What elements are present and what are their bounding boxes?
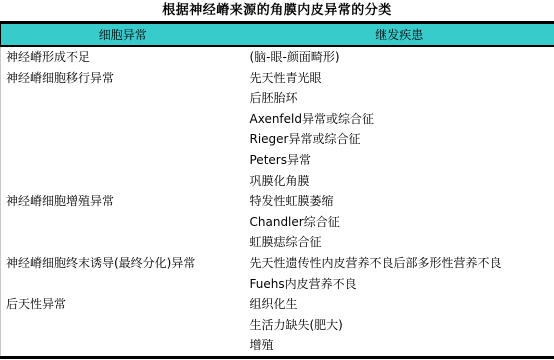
table-row: 神经嵴细胞增殖异常特发性虹膜萎缩	[1, 191, 554, 212]
cell-abnormality	[1, 88, 245, 109]
table-title: 根据神经嵴来源的角膜内皮异常的分类	[0, 0, 554, 21]
cell-secondary-disease: 巩膜化角膜	[245, 171, 554, 192]
cell-abnormality	[1, 171, 245, 192]
cell-secondary-disease: 先天性遗传性内皮营养不良后部多形性营养不良	[245, 253, 554, 274]
cell-abnormality: 神经嵴形成不足	[1, 46, 245, 68]
column-header-secondary-disease: 继发疾患	[245, 23, 554, 47]
cell-secondary-disease: 虹膜痣综合征	[245, 232, 554, 253]
classification-table: 细胞异常 继发疾患 神经嵴形成不足(脑-眼-颜面畸形)神经嵴细胞移行异常先天性青…	[0, 21, 554, 359]
table-row: 生活力缺失(肥大)	[1, 315, 554, 336]
cell-abnormality	[1, 129, 245, 150]
table-row: 虹膜痣综合征	[1, 232, 554, 253]
table-header: 细胞异常 继发疾患	[1, 23, 554, 47]
cell-abnormality	[1, 212, 245, 233]
cell-abnormality	[1, 274, 245, 295]
table-row: 巩膜化角膜	[1, 171, 554, 192]
cell-abnormality: 神经嵴细胞终末诱导(最终分化)异常	[1, 253, 245, 274]
header-row: 细胞异常 继发疾患	[1, 23, 554, 47]
cell-abnormality: 神经嵴细胞移行异常	[1, 68, 245, 89]
table-row: Rieger异常或综合征	[1, 129, 554, 150]
cell-secondary-disease: (脑-眼-颜面畸形)	[245, 46, 554, 68]
table-row: Fuehs内皮营养不良	[1, 274, 554, 295]
column-header-cell-abnormality: 细胞异常	[1, 23, 245, 47]
cell-secondary-disease: 生活力缺失(肥大)	[245, 315, 554, 336]
cell-secondary-disease: 后胚胎环	[245, 88, 554, 109]
cell-abnormality	[1, 335, 245, 357]
table-row: Axenfeld异常或综合征	[1, 109, 554, 130]
cell-secondary-disease: Peters异常	[245, 150, 554, 171]
table-row: 增殖	[1, 335, 554, 357]
table-row: 神经嵴细胞终末诱导(最终分化)异常先天性遗传性内皮营养不良后部多形性营养不良	[1, 253, 554, 274]
table-row: Peters异常	[1, 150, 554, 171]
cell-secondary-disease: Chandler综合征	[245, 212, 554, 233]
cell-abnormality: 后天性异常	[1, 294, 245, 315]
table-row: 神经嵴形成不足(脑-眼-颜面畸形)	[1, 46, 554, 68]
cell-abnormality	[1, 315, 245, 336]
cell-abnormality: 神经嵴细胞增殖异常	[1, 191, 245, 212]
table-row: 后天性异常组织化生	[1, 294, 554, 315]
table-row: Chandler综合征	[1, 212, 554, 233]
cell-abnormality	[1, 232, 245, 253]
table-row: 神经嵴细胞移行异常先天性青光眼	[1, 68, 554, 89]
table-page: 根据神经嵴来源的角膜内皮异常的分类 细胞异常 继发疾患 神经嵴形成不足(脑-眼-…	[0, 0, 554, 360]
cell-secondary-disease: Fuehs内皮营养不良	[245, 274, 554, 295]
cell-abnormality	[1, 150, 245, 171]
cell-abnormality	[1, 109, 245, 130]
table-row: 后胚胎环	[1, 88, 554, 109]
cell-secondary-disease: 组织化生	[245, 294, 554, 315]
cell-secondary-disease: 特发性虹膜萎缩	[245, 191, 554, 212]
cell-secondary-disease: 先天性青光眼	[245, 68, 554, 89]
cell-secondary-disease: Axenfeld异常或综合征	[245, 109, 554, 130]
table-body: 神经嵴形成不足(脑-眼-颜面畸形)神经嵴细胞移行异常先天性青光眼后胚胎环Axen…	[1, 46, 554, 357]
cell-secondary-disease: 增殖	[245, 335, 554, 357]
cell-secondary-disease: Rieger异常或综合征	[245, 129, 554, 150]
